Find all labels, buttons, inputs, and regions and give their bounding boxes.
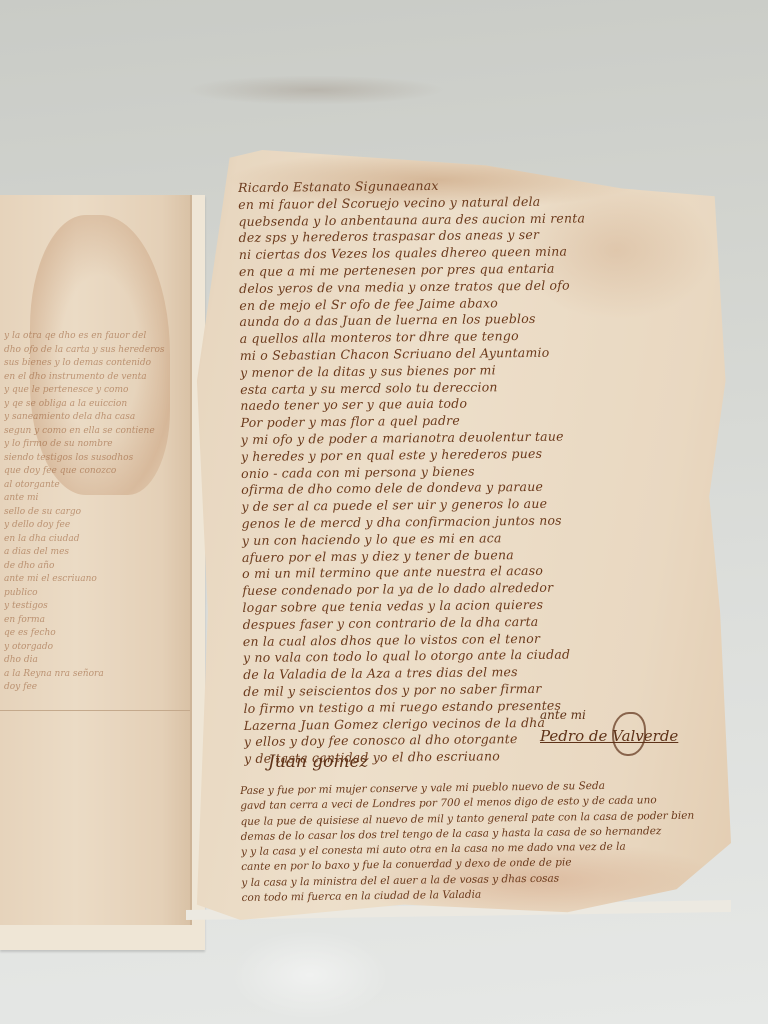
left-line: al otorgante [4,479,184,493]
left-line: y otorgado [4,641,184,655]
notary-attestation: ante mi [540,708,586,722]
left-line: publico [4,587,184,601]
left-line: a dias del mes [4,546,184,560]
left-line: doy fee [4,681,184,695]
notary-signature: Pedro de Valverde [540,727,678,745]
left-line: en la dha ciudad [4,533,184,547]
left-line: y lo firmo de su nombre [4,438,184,452]
manuscript-body: Ricardo Estanato Sigunaeanax en mi fauor… [238,175,694,768]
left-line: segun y como en ella se contiene [4,425,184,439]
page-fold-line [0,710,190,711]
left-line: que doy fee que conozco [4,465,184,479]
left-line: sus bienes y lo demas contenido [4,357,184,371]
left-line: y qe se obliga a la euiccion [4,398,184,412]
left-line: sello de su cargo [4,506,184,520]
left-line: y dello doy fee [4,519,184,533]
left-line: siendo testigos los susodhos [4,452,184,466]
surface-smudge [185,75,445,105]
left-line: en el dho instrumento de venta [4,371,184,385]
principal-signature: Juan gomez [268,752,369,772]
left-line: y saneamiento dela dha casa [4,411,184,425]
left-line: y la otra qe dho es en fauor del [4,330,184,344]
left-line: ante mi el escriuano [4,573,184,587]
left-line: dho ofo de la carta y sus herederos [4,344,184,358]
left-line: de dho año [4,560,184,574]
left-line: qe es fecho [4,627,184,641]
left-line: en forma [4,614,184,628]
left-line: a la Reyna nra señora [4,668,184,682]
left-line: y testigos [4,600,184,614]
left-line: dho dia [4,654,184,668]
notary-rubric-flourish [612,712,646,756]
left-line: ante mi [4,492,184,506]
manuscript-postscript: Pase y fue por mi mujer conserve y vale … [240,777,712,906]
left-line: y que le pertenesce y como [4,384,184,398]
left-page-text: y la otra qe dho es en fauor del dho ofo… [4,330,184,695]
light-glare [230,930,390,1020]
